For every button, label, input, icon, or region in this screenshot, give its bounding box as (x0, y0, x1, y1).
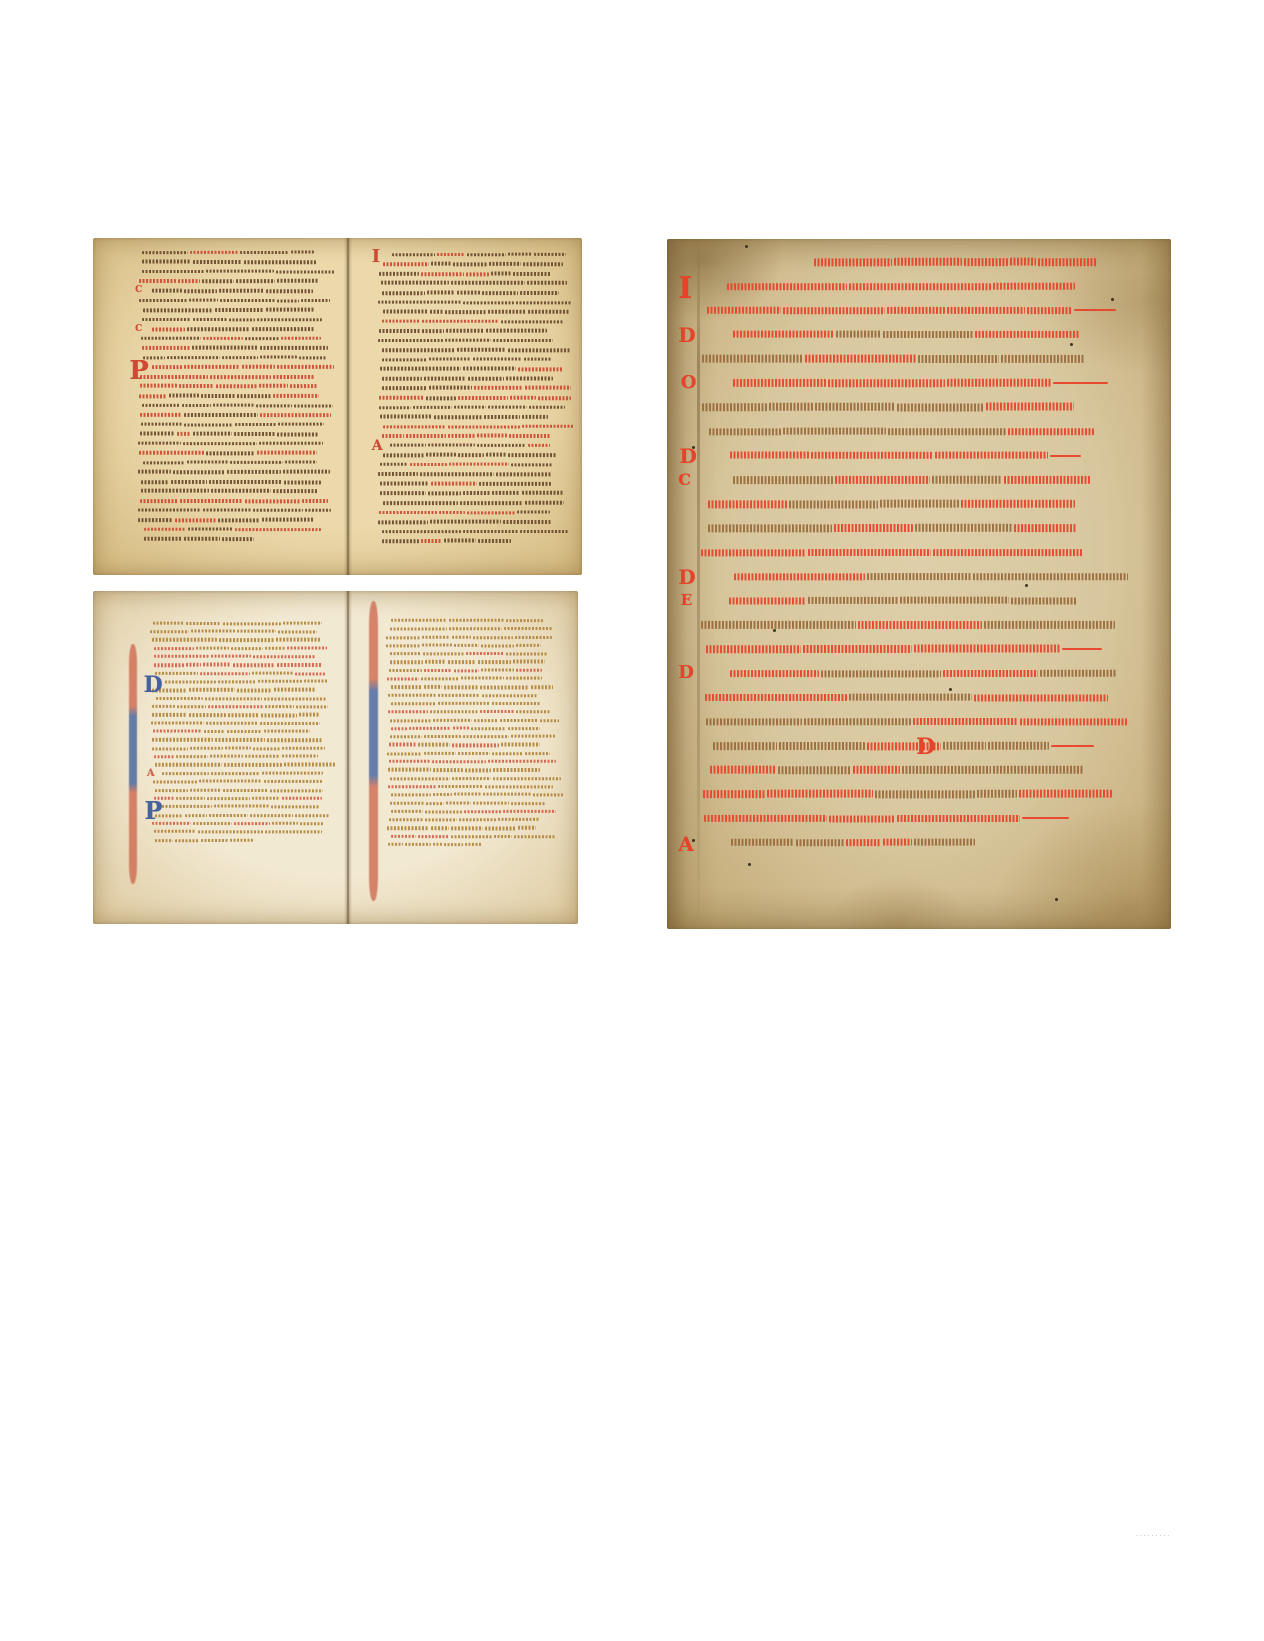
script-stroke (430, 520, 501, 524)
script-stroke (444, 539, 475, 543)
script-stroke (204, 730, 226, 733)
script-stroke (380, 367, 461, 371)
script-stroke (252, 671, 293, 674)
script-stroke (779, 742, 866, 750)
script-stroke (211, 489, 271, 493)
script-row (388, 768, 539, 771)
script-row (152, 738, 322, 741)
script-stroke (422, 319, 498, 323)
script-stroke (151, 721, 204, 724)
script-stroke (425, 818, 457, 821)
initial-letter: A (372, 441, 383, 452)
script-stroke (276, 638, 320, 641)
script-stroke (706, 646, 801, 654)
script-stroke (463, 735, 509, 738)
script-stroke (733, 379, 826, 387)
script-line (138, 356, 334, 366)
manuscript-image-2: DAP (93, 591, 578, 924)
script-line (386, 719, 559, 727)
script-row (153, 622, 322, 625)
script-stroke (215, 308, 264, 312)
script-stroke (943, 742, 986, 750)
script-stroke (821, 670, 942, 678)
script-stroke (260, 355, 297, 359)
script-stroke (224, 763, 281, 766)
script-stroke (493, 777, 562, 780)
script-stroke (432, 760, 487, 763)
script-line (150, 780, 333, 788)
script-stroke (1035, 500, 1075, 508)
script-row (155, 672, 325, 675)
initial-letter: D (916, 738, 935, 756)
script-stroke (234, 822, 270, 825)
script-stroke (849, 693, 972, 701)
script-stroke (383, 425, 447, 429)
script-stroke (480, 710, 514, 713)
script-stroke (378, 521, 428, 525)
script-stroke (218, 519, 260, 523)
script-stroke (220, 299, 275, 303)
script-row (154, 655, 315, 658)
script-row (140, 375, 314, 379)
script-stroke (202, 280, 234, 284)
script-stroke (391, 727, 407, 730)
script-line (378, 320, 572, 330)
script-line (138, 442, 334, 452)
script-stroke (484, 415, 520, 419)
script-row (729, 597, 1076, 605)
script-stroke (529, 405, 565, 409)
script-row (152, 289, 313, 293)
script-stroke (284, 480, 321, 484)
script-row (710, 766, 1083, 774)
script-row (391, 619, 543, 622)
script-stroke (388, 768, 431, 771)
script-stroke (379, 406, 412, 410)
script-line (138, 384, 334, 394)
script-line (378, 463, 572, 473)
script-row (706, 718, 1127, 726)
script-stroke (222, 356, 258, 360)
script-row (142, 318, 322, 322)
script-line (378, 511, 572, 521)
script-stroke (290, 385, 318, 389)
script-stroke (803, 645, 913, 653)
script-stroke (1020, 718, 1127, 726)
script-stroke (154, 655, 209, 658)
script-stroke (234, 432, 275, 436)
script-stroke (304, 680, 328, 683)
script-row (713, 742, 1095, 750)
script-line (386, 826, 559, 834)
script-row (162, 772, 322, 775)
script-stroke (503, 520, 551, 524)
script-row (142, 260, 316, 264)
rubric-rule (1051, 745, 1095, 747)
script-stroke (932, 476, 1002, 484)
script-line (378, 310, 572, 320)
script-stroke (257, 451, 317, 455)
script-stroke (460, 501, 523, 505)
script-line (700, 790, 1123, 814)
script-stroke (389, 760, 430, 763)
script-stroke (193, 260, 243, 264)
script-stroke (789, 501, 878, 509)
script-row (379, 272, 551, 276)
script-stroke (489, 262, 521, 266)
script-stroke (190, 747, 223, 750)
script-stroke (260, 413, 331, 417)
script-stroke (513, 660, 545, 663)
script-stroke (445, 310, 486, 314)
script-stroke (264, 730, 310, 733)
script-stroke (433, 718, 472, 721)
script-stroke (430, 310, 443, 314)
script-stroke (260, 346, 328, 350)
script-stroke (867, 573, 971, 581)
script-stroke (190, 251, 238, 255)
script-line (386, 793, 559, 801)
script-line (378, 491, 572, 501)
script-line (386, 843, 559, 851)
script-stroke (237, 394, 272, 398)
script-line (378, 281, 572, 291)
script-stroke (236, 280, 275, 284)
script-row (152, 705, 327, 708)
script-line (700, 766, 1123, 790)
script-stroke (235, 528, 321, 532)
script-stroke (264, 697, 327, 700)
script-line (378, 539, 572, 549)
script-stroke (244, 261, 316, 265)
script-stroke (252, 327, 314, 331)
script-row (382, 434, 551, 438)
script-row (155, 763, 335, 766)
script-line (378, 520, 572, 530)
script-stroke (152, 638, 216, 641)
script-stroke (203, 508, 251, 512)
script-stroke (709, 428, 781, 436)
initial-letter: O (681, 376, 697, 391)
text-block: DAP (150, 622, 333, 847)
text-block (386, 619, 559, 851)
script-stroke (258, 680, 302, 683)
script-row (165, 680, 327, 683)
script-line (138, 518, 334, 528)
script-stroke (409, 727, 451, 730)
catalog-page: PCCIA DAP IDODCDEDDA ········· (0, 0, 1264, 1641)
script-stroke (140, 499, 179, 503)
script-line (150, 688, 333, 696)
script-stroke (390, 801, 424, 804)
script-stroke (503, 810, 556, 813)
script-stroke (517, 510, 550, 514)
script-row (152, 365, 334, 369)
script-stroke (388, 843, 403, 846)
script-stroke (488, 310, 526, 314)
script-stroke (378, 300, 461, 304)
script-stroke (162, 805, 212, 808)
script-line (150, 663, 333, 671)
script-stroke (296, 705, 328, 708)
script-stroke (705, 694, 848, 702)
script-stroke (883, 331, 973, 339)
initial-letter: I (372, 250, 380, 265)
initial-letter: D (678, 327, 695, 343)
script-stroke (152, 705, 175, 708)
script-stroke (849, 283, 991, 291)
script-stroke (219, 289, 264, 293)
script-stroke (201, 394, 234, 398)
script-row (389, 818, 539, 821)
script-stroke (449, 619, 505, 622)
script-stroke (875, 791, 975, 799)
script-stroke (139, 451, 205, 455)
script-stroke (422, 329, 444, 333)
pen-flourish (129, 644, 137, 884)
script-row (379, 396, 571, 400)
script-line (700, 839, 1123, 863)
script-stroke (701, 621, 856, 629)
script-stroke (383, 454, 424, 458)
script-stroke (242, 365, 275, 369)
script-stroke (406, 434, 446, 438)
script-stroke (299, 713, 319, 716)
script-stroke (458, 396, 508, 400)
script-stroke (223, 789, 268, 792)
initial-letter: D (678, 666, 694, 681)
script-row (705, 694, 1108, 702)
script-stroke (387, 827, 429, 830)
script-row (141, 337, 320, 341)
script-row (388, 694, 537, 697)
script-stroke (169, 394, 200, 398)
script-stroke (140, 413, 183, 417)
script-stroke (796, 839, 845, 847)
script-stroke (259, 441, 323, 445)
script-stroke (463, 301, 514, 305)
script-stroke (152, 289, 182, 293)
script-stroke (142, 318, 191, 322)
script-stroke (165, 681, 216, 684)
script-stroke (167, 356, 220, 360)
script-stroke (808, 549, 931, 557)
script-stroke (518, 368, 563, 372)
script-stroke (984, 621, 1115, 629)
script-stroke (155, 763, 222, 766)
script-stroke (508, 252, 531, 256)
script-stroke (918, 355, 999, 363)
script-line (700, 524, 1123, 548)
script-line (138, 346, 334, 356)
script-stroke (494, 835, 513, 838)
script-stroke (262, 771, 323, 774)
script-stroke (203, 337, 243, 341)
script-stroke (152, 365, 181, 369)
script-stroke (449, 628, 502, 631)
script-row (379, 406, 565, 410)
script-stroke (482, 291, 518, 295)
script-stroke (477, 444, 526, 448)
script-row (708, 500, 1075, 508)
script-line (700, 621, 1123, 645)
script-line (378, 415, 572, 425)
script-line (378, 377, 572, 387)
script-stroke (208, 705, 263, 708)
book-gutter (344, 238, 352, 575)
script-row (383, 425, 574, 429)
script-stroke (389, 743, 416, 746)
script-row (391, 793, 562, 796)
script-stroke (299, 356, 327, 360)
script-stroke (834, 524, 913, 532)
script-stroke (492, 752, 524, 755)
script-row (156, 697, 327, 700)
script-row (138, 470, 329, 474)
script-line (700, 258, 1123, 282)
script-stroke (152, 738, 213, 741)
script-stroke (446, 329, 484, 333)
script-stroke (453, 263, 486, 267)
script-line (386, 627, 559, 635)
script-stroke (429, 386, 471, 390)
script-row (391, 702, 541, 705)
script-stroke (467, 253, 506, 257)
script-stroke (266, 308, 314, 312)
script-stroke (283, 621, 321, 624)
script-line (138, 289, 334, 299)
script-stroke (508, 727, 540, 730)
script-stroke (458, 453, 484, 457)
script-stroke (433, 843, 442, 846)
script-stroke (184, 289, 217, 293)
script-stroke (464, 810, 501, 813)
script-row (388, 710, 552, 713)
script-row (386, 644, 540, 647)
script-stroke (175, 839, 199, 842)
script-stroke (522, 424, 574, 428)
script-row (143, 308, 314, 312)
script-stroke (783, 307, 885, 315)
script-stroke (211, 772, 260, 775)
script-line (386, 710, 559, 718)
script-stroke (425, 810, 462, 813)
script-stroke (387, 678, 419, 681)
script-stroke (491, 271, 511, 275)
script-stroke (888, 428, 1007, 436)
script-row (155, 789, 323, 792)
script-row (387, 826, 536, 829)
script-stroke (421, 272, 463, 276)
script-stroke (973, 573, 1128, 581)
script-stroke (213, 403, 254, 407)
script-stroke (887, 307, 944, 315)
script-stroke (176, 797, 206, 800)
script-row (390, 802, 546, 805)
script-stroke (477, 434, 508, 438)
script-stroke (528, 310, 569, 314)
initial-letter: I (678, 277, 692, 302)
script-stroke (391, 810, 423, 813)
script-row (142, 404, 333, 408)
script-stroke (506, 677, 543, 680)
script-stroke (528, 444, 550, 448)
initial-letter: D (144, 676, 163, 694)
initial-letter: A (147, 770, 155, 778)
script-stroke (253, 655, 315, 658)
script-stroke (245, 337, 279, 341)
script-row (734, 573, 1127, 581)
script-stroke (465, 769, 492, 772)
script-stroke (500, 719, 538, 722)
script-row (701, 549, 1083, 557)
script-stroke (883, 838, 911, 846)
script-stroke (506, 653, 549, 656)
script-row (381, 281, 566, 285)
script-stroke (274, 688, 315, 691)
script-row (390, 777, 562, 780)
script-stroke (516, 668, 543, 671)
script-stroke (511, 802, 546, 805)
script-stroke (501, 320, 563, 324)
script-stroke (259, 384, 288, 388)
script-stroke (767, 790, 873, 798)
script-stroke (257, 318, 322, 322)
script-stroke (1011, 597, 1077, 605)
script-row (709, 428, 1093, 436)
ink-speck (1055, 898, 1058, 901)
script-stroke (390, 652, 421, 655)
script-row (142, 270, 335, 274)
script-stroke (420, 473, 494, 477)
script-stroke (193, 318, 227, 322)
script-stroke (225, 746, 251, 749)
script-stroke (260, 722, 320, 725)
script-stroke (993, 766, 1082, 774)
script-line (150, 789, 333, 797)
script-line (138, 432, 334, 442)
script-row (708, 524, 1076, 532)
script-row (383, 501, 564, 505)
script-stroke (453, 726, 468, 729)
script-line (386, 636, 559, 644)
manuscript-image-1: PCCIA (93, 238, 582, 575)
initial-letter: C (135, 326, 142, 333)
ink-speck (748, 863, 751, 866)
script-row (378, 339, 553, 343)
script-stroke (433, 768, 463, 771)
initial-letter: C (135, 287, 142, 294)
script-line (700, 815, 1123, 839)
script-stroke (200, 672, 250, 675)
script-stroke (426, 802, 444, 805)
script-line (700, 500, 1123, 524)
script-stroke (506, 619, 542, 622)
script-line (150, 730, 333, 738)
script-stroke (388, 785, 436, 788)
script-row (154, 755, 317, 758)
script-stroke (154, 755, 173, 758)
script-stroke (184, 537, 220, 541)
script-row (390, 652, 548, 655)
script-stroke (461, 677, 503, 680)
script-stroke (988, 742, 1049, 750)
script-line (138, 308, 334, 318)
script-stroke (516, 710, 551, 713)
script-row (730, 670, 1116, 678)
script-stroke (424, 752, 455, 755)
script-line (138, 413, 334, 423)
